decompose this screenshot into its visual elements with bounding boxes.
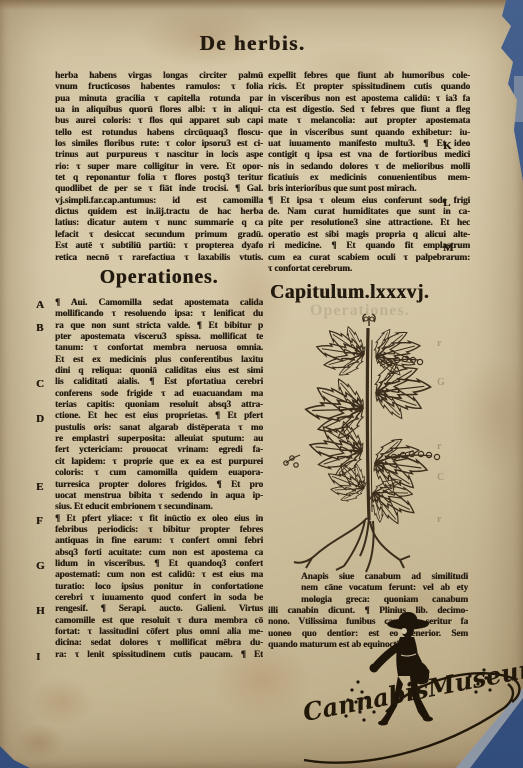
- text-line: terias capitis: quoniam resoluit absq3 a…: [55, 400, 263, 411]
- text-line: Anapis siue canabum ad similitudi: [268, 572, 468, 583]
- show-through-mark: G: [437, 377, 445, 388]
- text-line: lefacit τ desiccat secundum primum gradū…: [55, 230, 263, 241]
- text-line: dicina: sedat dolores τ mollificat mēbra…: [55, 638, 263, 649]
- capitulum-heading: Capitulum.lxxxvj.: [270, 282, 429, 304]
- text-line: ¶ Et ipsa τ oleum eius conferunt sode fr…: [268, 196, 470, 207]
- text-line: vnum fructicosos habentes ramulos: τ fol…: [55, 82, 263, 93]
- text-line: mollificando τ resoluendo ipsa: τ lenifi…: [55, 309, 263, 320]
- text-line: conferens sode frigide τ ad euacuandam m…: [55, 389, 263, 400]
- text-line: ficatiuis ex medicinis conuenientibus me…: [268, 173, 470, 184]
- marginal-index-letter: L: [443, 198, 450, 209]
- text-line: sius. Et educit embrionem τ secundinam.: [55, 502, 263, 513]
- show-through-mark: r: [437, 338, 441, 349]
- left-column-text-operationes: ¶ Aui. Camomilla sedat apostemata calida…: [55, 298, 263, 661]
- marginal-index-letter: H: [36, 606, 45, 617]
- text-line: turresica propter dolores frigidos. ¶ Et…: [55, 480, 263, 491]
- marginal-index-letter: E: [36, 482, 43, 493]
- text-line: cum ea curat scabiem oculi τ palpebrarum…: [268, 253, 470, 264]
- text-line: expellit febres que fiunt ab humoribus c…: [268, 71, 470, 82]
- text-line: quodlibet de per se τ fiāt inde trocisi.…: [55, 184, 263, 195]
- text-line: dictus quidem est in.iij.tractu de hac h…: [55, 207, 263, 218]
- cannabis-plant-woodcut-illustration: [276, 308, 461, 573]
- text-line: ra: τ lenit spissitudinem cutis paucam. …: [55, 650, 263, 661]
- text-line: mate τ melancolia: aut propter apostemat…: [268, 116, 470, 127]
- text-line: coloris: τ cum camomilla quidem euapora-: [55, 468, 263, 479]
- text-line: cta est digestio. Sed τ febres que fiunt…: [268, 105, 470, 116]
- text-line: herba habens virgas longas circiter palm…: [55, 71, 263, 82]
- text-line: ¶ Aui. Camomilla sedat apostemata calida: [55, 298, 263, 309]
- text-line: latius: dicatur autem τ nunc summarie q …: [55, 218, 263, 229]
- text-line: bris interioribus que sunt post mirach.: [268, 184, 470, 195]
- text-line: in visceribus non est apostema calidū: τ…: [268, 94, 470, 105]
- text-line: antiquas in fine earum: τ confert omni f…: [55, 536, 263, 547]
- text-line: fert yctericiam: prouocat vrinam: egredi…: [55, 445, 263, 456]
- text-line: absq3 forti acuitate: cum non est aposte…: [55, 548, 263, 559]
- text-line: trinus aut purpureus τ nascitur in locis…: [55, 150, 263, 161]
- text-line: ¶ Et pfert yliace: τ fit inūctio ex oleo…: [55, 514, 263, 525]
- marginal-index-letter: B: [36, 323, 43, 334]
- text-line: bus aurei coloris: τ flos qui apparet su…: [55, 116, 263, 127]
- right-column-text-top: expellit febres que fiunt ab humoribus c…: [268, 71, 470, 275]
- text-line: re emplastri superposita: alleuiat sputu…: [55, 434, 263, 445]
- text-line: ua in aliquibus quorū flores albi: τ in …: [55, 105, 263, 116]
- text-line: pustulis oris: sanat algarab distēperata…: [55, 423, 263, 434]
- text-line: cerebri τ iuuamento quod confert in soda…: [55, 593, 263, 604]
- text-line: pua minuta gracilia τ capitella rotunda …: [55, 94, 263, 105]
- text-line: camomille est que resoluit τ dura membra…: [55, 616, 263, 627]
- marginal-index-letter: K: [443, 141, 452, 152]
- text-line: lidum in visceribus. ¶ Et quandoq3 confe…: [55, 559, 263, 570]
- manuscript-page: De herbis. herba habens virgas longas ci…: [0, 0, 523, 768]
- text-line: mologia greca: quoniam canabum: [268, 595, 468, 606]
- marginal-index-letter: G: [36, 561, 45, 572]
- text-line: pter apostemata visceru3 spissa. mollifi…: [55, 332, 263, 343]
- marginal-index-letter: D: [36, 414, 44, 425]
- text-line: nem cāne vocatum ferunt: vel ab ety: [268, 583, 468, 594]
- text-line: ri medicine. ¶ Et quando fit emplastrum: [268, 241, 470, 252]
- marginal-index-letter: A: [36, 300, 44, 311]
- watermark: CannabisMuseum.com: [300, 612, 523, 768]
- marginal-index-letter: I: [36, 652, 40, 663]
- show-through-mark: C: [437, 472, 444, 483]
- text-line: uocat menstrua bibita τ sedendo in aqua …: [55, 491, 263, 502]
- text-line: uat iuuamento manifesto multu3. ¶ Et ide…: [268, 139, 470, 150]
- sower-hand: [370, 664, 379, 673]
- text-line: retica necnō τ rarefactiua τ laxabilis v…: [55, 253, 263, 264]
- text-line: contigit q ipsa est vna de fortioribus m…: [268, 150, 470, 161]
- text-line: operatio est sibi magis propria q alicui…: [268, 230, 470, 241]
- operationes-heading: Operationes.: [55, 267, 263, 289]
- plant-roots: [294, 518, 410, 572]
- page-header: De herbis.: [0, 31, 505, 56]
- text-line: apostemati: cum non est calidū: τ est ei…: [55, 570, 263, 581]
- text-line: que in visceribus sunt quando exhibetur:…: [268, 128, 470, 139]
- marginal-index-letter: F: [36, 516, 43, 527]
- text-line: rengesif. ¶ Serapi. aucto. Galieni. Virt…: [55, 604, 263, 615]
- show-through-mark: r: [437, 514, 441, 525]
- text-line: los similes floribus rute: τ color ipsor…: [55, 139, 263, 150]
- text-line: vj.simpli.far.cap.antumus: id est camomi…: [55, 196, 263, 207]
- text-line: rio: τ super mare colligitur in vere. Et…: [55, 162, 263, 173]
- text-line: ctione. Et hec est eius proprietas. ¶ Et…: [55, 411, 263, 422]
- left-column-text-top: herba habens virgas longas circiter palm…: [55, 71, 263, 264]
- text-line: tet q reponantur folia τ flores postq3 t…: [55, 173, 263, 184]
- text-line: dini q reliqua: quoniā caliditas eius es…: [55, 366, 263, 377]
- text-line: febribus periodicis: τ bibitur propter f…: [55, 525, 263, 536]
- scan-background: De herbis. herba habens virgas longas ci…: [0, 0, 523, 768]
- plant-stem: [363, 314, 375, 520]
- text-line: turatio: loco ipsius ponitur in conforta…: [55, 582, 263, 593]
- sower-hat-crown: [398, 612, 418, 622]
- text-line: nis in sedando dolores τ de melioribus m…: [268, 162, 470, 173]
- text-line: tanum: τ confortat membra neruosa omnia.: [55, 343, 263, 354]
- text-line: cit lapidem: τ proprie que ex ea est pur…: [55, 457, 263, 468]
- marginal-index-letter: C: [36, 379, 44, 390]
- text-line: τ confortat cerebrum.: [268, 264, 470, 275]
- text-line: tello est rotundus habens circūquaq3 flo…: [55, 128, 263, 139]
- text-line: ra que non sunt stricta valde. ¶ Et bibi…: [55, 321, 263, 332]
- text-line: Est autē τ subtiliū partiū: τ propterea …: [55, 241, 263, 252]
- text-line: fortat: τ lassitudini cōfert plus omni a…: [55, 627, 263, 638]
- text-line: pite per resolutione3 sine attractione. …: [268, 218, 470, 229]
- show-through-mark: r: [437, 441, 441, 452]
- marginal-index-letter: M: [443, 243, 453, 254]
- text-line: Et est ex medicinis plus conferentibus l…: [55, 355, 263, 366]
- text-line: lis caliditati aialis. ¶ Est pfortatiua …: [55, 377, 263, 388]
- text-line: de. Nam curat humiditates que sunt in ca…: [268, 207, 470, 218]
- text-line: ricis. Et propter spissitudinem cutis qu…: [268, 82, 470, 93]
- sower-face: [401, 628, 407, 634]
